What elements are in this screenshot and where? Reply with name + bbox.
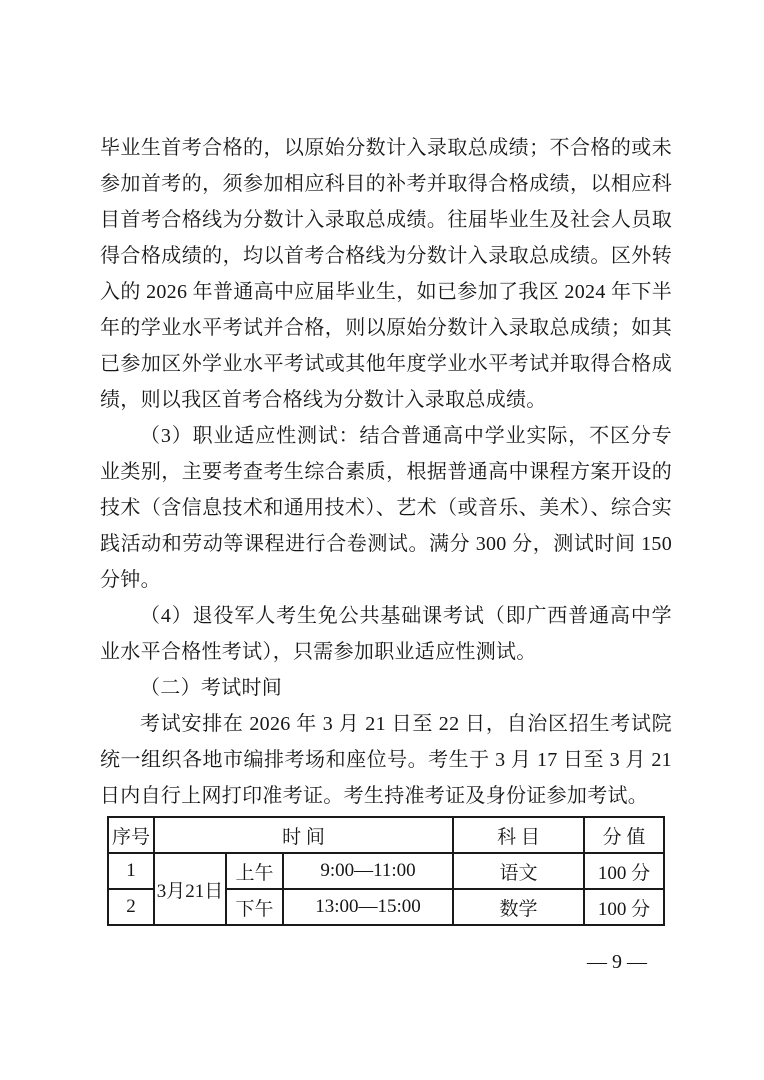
table-row: 1 3月21日 上午 9:00—11:00 语文 100 分 <box>108 853 664 889</box>
header-cell-time: 时 间 <box>154 817 453 853</box>
cell-score: 100 分 <box>584 889 664 925</box>
cell-subject: 语文 <box>453 853 584 889</box>
document-page: 毕业生首考合格的，以原始分数计入录取总成绩；不合格的或未参加首考的，须参加相应科… <box>0 0 764 1080</box>
header-cell-subject: 科 目 <box>453 817 584 853</box>
paragraph-item-3: （3）职业适应性测试：结合普通高中学业实际，不区分专业类别，主要考查考生综合素质… <box>100 418 672 598</box>
section-heading: （二）考试时间 <box>100 670 672 706</box>
document-body: 毕业生首考合格的，以原始分数计入录取总成绩；不合格的或未参加首考的，须参加相应科… <box>100 130 672 814</box>
paragraph-continuation: 毕业生首考合格的，以原始分数计入录取总成绩；不合格的或未参加首考的，须参加相应科… <box>100 130 672 418</box>
cell-date: 3月21日 <box>154 853 226 925</box>
table-header-row: 序号 时 间 科 目 分 值 <box>108 817 664 853</box>
cell-no: 1 <box>108 853 154 889</box>
cell-time-range: 13:00—15:00 <box>283 889 453 925</box>
paragraph-item-4: （4）退役军人考生免公共基础课考试（即广西普通高中学业水平合格性考试），只需参加… <box>100 598 672 670</box>
header-cell-score: 分 值 <box>584 817 664 853</box>
cell-time-range: 9:00—11:00 <box>283 853 453 889</box>
cell-score: 100 分 <box>584 853 664 889</box>
cell-subject: 数学 <box>453 889 584 925</box>
cell-ampm: 下午 <box>226 889 283 925</box>
exam-schedule-table: 序号 时 间 科 目 分 值 1 3月21日 上午 9:00—11:00 语文 … <box>107 816 665 926</box>
paragraph-exam-arrangement: 考试安排在 2026 年 3 月 21 日至 22 日，自治区招生考试院统一组织… <box>100 706 672 814</box>
cell-ampm: 上午 <box>226 853 283 889</box>
header-cell-no: 序号 <box>108 817 154 853</box>
cell-no: 2 <box>108 889 154 925</box>
page-number: — 9 — <box>587 950 647 974</box>
